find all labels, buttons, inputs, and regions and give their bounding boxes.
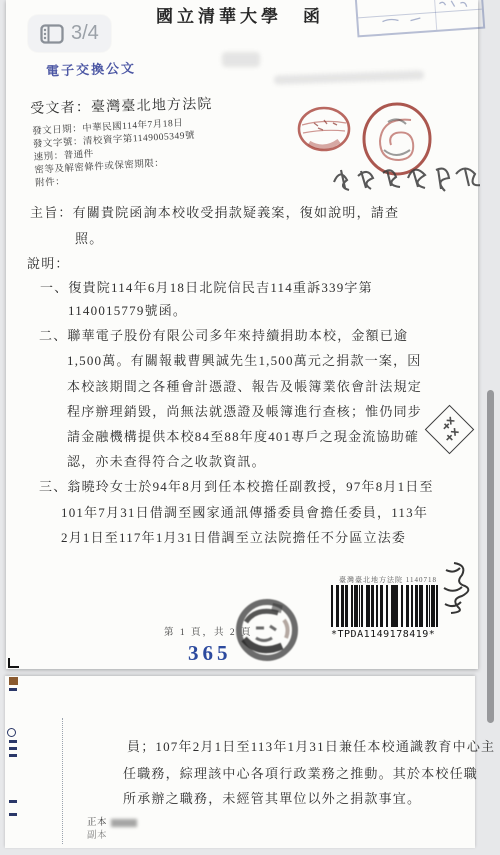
binding-mark [9,754,17,757]
item2-line: 1,500萬。有關報載曹興誠先生1,500萬元之捐款一案，因 [67,350,422,369]
barcode-label: 臺灣臺北地方法院 1140718 [339,575,437,585]
diamond-stamp-marks-icon [426,406,473,453]
electronic-exchange-stamp: 電子交換公文 [46,57,137,79]
binding-mark [9,677,18,685]
scan-smudge [274,70,424,84]
item3-line: 三、翁曉玲女士於94年8月到任本校擔任副教授，97年8月1日至 [39,476,434,495]
red-seal-stamp-left [296,104,352,156]
dark-round-stamp [232,594,302,666]
pages-icon [40,24,64,44]
document-viewer: 國立清華大學 函 電子交換公文 受文者：臺灣臺北地方法院 發文日期：中華民國11… [0,0,500,855]
registry-stamp-box [355,0,485,37]
meta-block: 發文日期：中華民國114年7月18日 發文字號：清校資字第1149005349號… [32,117,198,191]
diamond-verification-stamp [425,405,474,454]
item3-line: 101年7月31日借調至國家通訊傳播委員會擔任委員，113年 [61,502,428,521]
binding-mark [9,740,17,743]
item1-line-1: 一、復貴院114年6月18日北院信民吉114重訴339字第 [40,277,373,296]
page-indicator-text: 3/4 [71,22,99,45]
duplicate-copy-label: 副本 [87,827,107,841]
black-chop-stamp [436,560,472,614]
item2-line: 本校該期間之各種會計憑證、報告及帳簿業依會計法規定 [67,376,422,395]
item2-line: 程序辦理銷毀，尚無法就憑證及帳簿進行查核；惟仍同步 [67,401,422,420]
barcode-text: *TPDA1149178419* [331,629,435,640]
binding-mark [9,688,17,691]
stamp-box-marks-icon [361,0,477,29]
handwritten-annotation [328,158,480,202]
binding-mark [9,747,17,750]
item2-line: 認，亦未查得符合之收款資訊。 [67,451,266,470]
subject-line-2: 照。 [75,228,103,247]
binding-mark [9,813,17,816]
item2-line: 二、聯華電子股份有限公司多年來持續捐助本校，金額已逾 [39,325,408,344]
item1-line-2: 1140015779號函。 [68,300,187,319]
subject-line-1: 主旨：有關貴院函詢本校收受捐款疑義案，復如說明，請查 [30,202,399,221]
page2-line: 所承辦之職務，未經管其單位以外之捐款事宜。 [123,788,421,807]
scrollbar-thumb[interactable] [487,390,494,723]
item2-line: 請金融機構提供本校84至88年度401專戶之現金流協助確 [67,426,419,445]
document-title: 國立清華大學 函 [156,2,324,27]
ink-smudge [111,819,137,827]
binding-mark [7,728,16,737]
recipient-line: 受文者：臺灣臺北地方法院 [30,93,213,118]
perforation-line [62,718,63,844]
scan-smudge [222,52,260,67]
document-page-1: 國立清華大學 函 電子交換公文 受文者：臺灣臺北地方法院 發文日期：中華民國11… [6,0,478,669]
page-indicator-pill[interactable]: 3/4 [28,15,111,52]
page-number-stamp: 365 [188,641,232,666]
page2-line: 員；107年2月1日至113年1月31日兼任本校通識教育中心主 [127,736,495,755]
document-page-2: 員；107年2月1日至113年1月31日兼任本校通識教育中心主 任職務，綜理該中… [5,676,475,848]
original-copy-label: 正本 [87,814,137,828]
item3-line: 2月1日至117年1月31日借調至立法院擔任不分區立法委 [61,527,406,546]
barcode [331,585,439,627]
binding-mark [9,800,17,803]
page2-line: 任職務，綜理該中心各項行政業務之推動。其於本校任職 [123,763,478,782]
section-label: 說明： [27,253,70,272]
corner-mark [8,658,19,668]
